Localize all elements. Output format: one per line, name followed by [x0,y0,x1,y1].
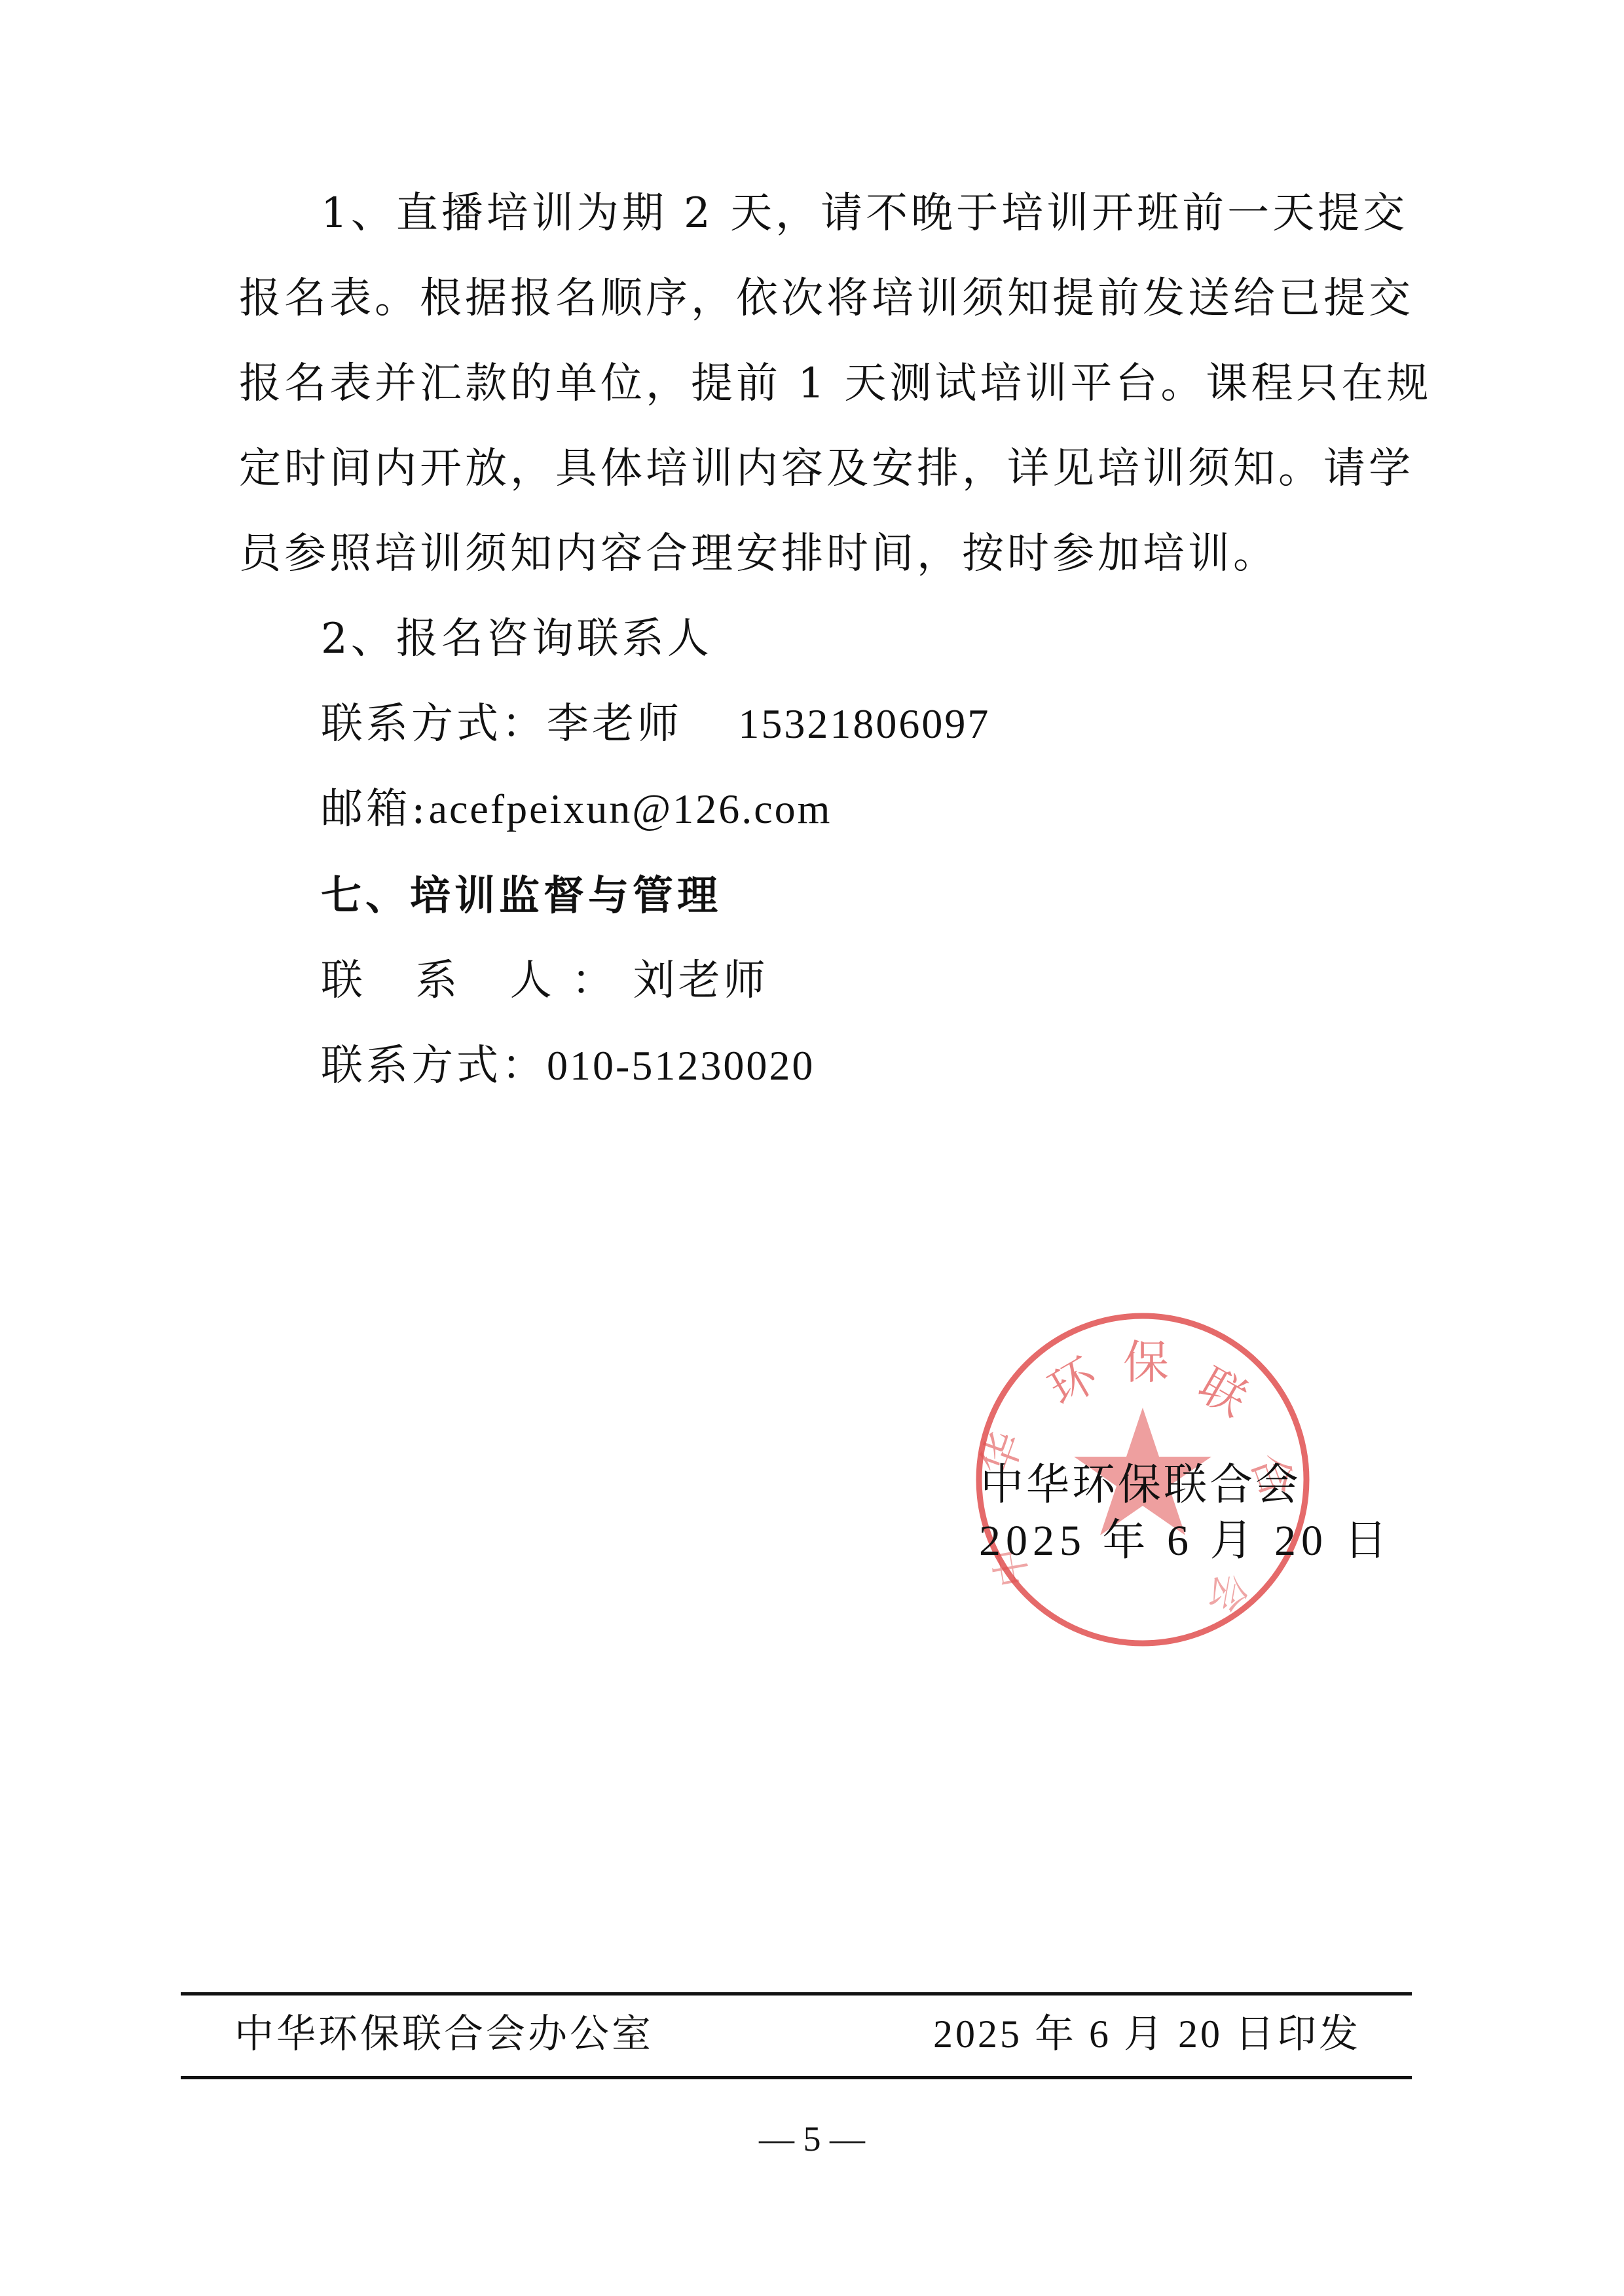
supervision-contact-method: 联系方式：010-51230020 [321,1042,815,1089]
email-label: 邮箱: [321,785,429,833]
contact-person-label: 联 系 人： [321,957,633,1005]
supervision-contact-person: 联 系 人：刘老师 [321,957,769,1004]
svg-text:会: 会 [1202,1569,1253,1616]
signature-date: 2025 年 6 月 20 日 [979,1518,1393,1565]
page-number: — 5 — [0,2119,1624,2159]
footer-top-rule [181,1992,1412,1995]
footer-issuer: 中华环保联合会办公室 [234,2011,654,2057]
paragraph-1-line-5: 员参照培训须知内容合理安排时间，按时参加培训。 [239,530,1278,577]
footer-issue-date: 2025 年 6 月 20 日印发 [933,2011,1361,2057]
email-address: acefpeixun@126.com [429,786,832,832]
section-7-heading: 七、培训监督与管理 [321,872,722,919]
paragraph-1-line-3: 报名表并汇款的单位，提前 1 天测试培训平台。课程只在规 [239,360,1369,407]
svg-text:环: 环 [1040,1347,1107,1417]
contact-method-label: 联系方式： [321,1042,547,1090]
contact-phone: 15321806097 [738,701,990,747]
registration-email: 邮箱:acefpeixun@126.com [321,786,832,833]
paragraph-1-line-1: 1、直播培训为期 2 天，请不晚于培训开班前一天提交 [321,190,1408,237]
svg-text:保: 保 [1123,1336,1169,1389]
contact-label: 联系方式：李老师 [321,700,682,748]
paragraph-1-line-4: 定时间内开放，具体培训内容及安排，详见培训须知。请学 [239,445,1369,492]
footer-bottom-rule [181,2076,1412,2079]
paragraph-1-line-2: 报名表。根据报名顺序，依次将培训须知提前发送给已提交 [239,275,1369,322]
contact-method-phone: 010-51230020 [547,1042,815,1089]
signature-organization: 中华环保联合会 [980,1461,1301,1508]
contact-person-name: 刘老师 [633,957,769,1005]
registration-contact: 联系方式：李老师 15321806097 [321,701,990,748]
svg-text:联: 联 [1190,1358,1257,1427]
item-2-title: 2、报名咨询联系人 [321,615,712,663]
